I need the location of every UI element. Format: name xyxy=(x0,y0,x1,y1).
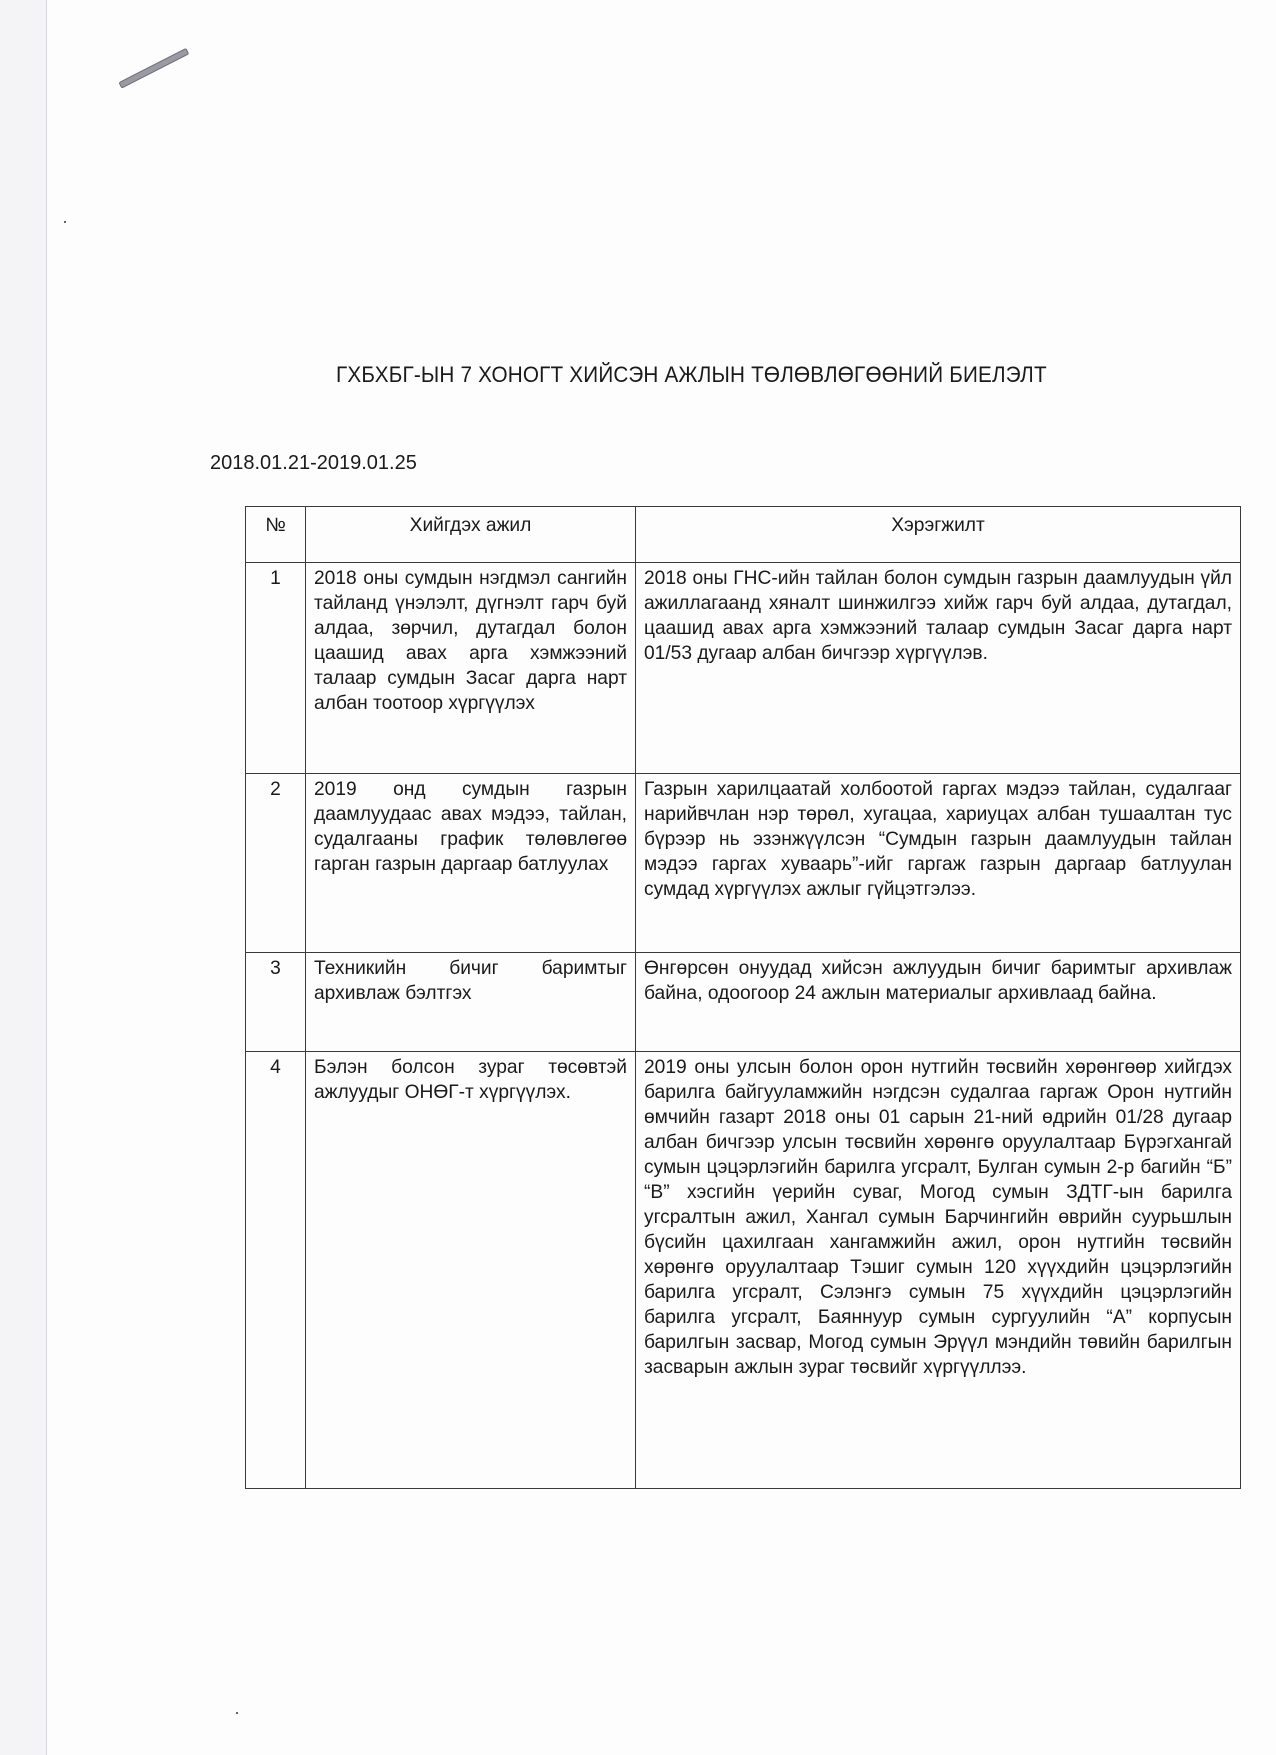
row-result: Газрын харилцаатай холбоотой гаргах мэдэ… xyxy=(636,774,1241,953)
table-header-row: № Хийгдэх ажил Хэрэгжилт xyxy=(246,507,1241,563)
scan-edge xyxy=(0,0,47,1755)
table-row: 1 2018 оны сумдын нэгдмэл сангийн тайлан… xyxy=(246,563,1241,774)
row-task: Техникийн бичиг баримтыг архивлаж бэлтгэ… xyxy=(306,953,636,1052)
row-number: 2 xyxy=(246,774,306,953)
row-result: 2019 оны улсын болон орон нутгийн төсвий… xyxy=(636,1052,1241,1489)
row-number: 1 xyxy=(246,563,306,774)
table-row: 3 Техникийн бичиг баримтыг архивлаж бэлт… xyxy=(246,953,1241,1052)
pen-mark xyxy=(118,48,189,89)
header-result: Хэрэгжилт xyxy=(636,507,1241,563)
header-task: Хийгдэх ажил xyxy=(306,507,636,563)
table-row: 4 Бэлэн болсон зураг төсөвтэй ажлуудыг О… xyxy=(246,1052,1241,1489)
report-period: 2018.01.21-2019.01.25 xyxy=(210,452,417,475)
table-row: 2 2019 онд сумдын газрын даамлуудаас ава… xyxy=(246,774,1241,953)
header-number: № xyxy=(246,507,306,563)
scan-speck xyxy=(64,221,66,223)
row-result: 2018 оны ГНС-ийн тайлан болон сумдын газ… xyxy=(636,563,1241,774)
row-task: Бэлэн болсон зураг төсөвтэй ажлуудыг ОНӨ… xyxy=(306,1052,636,1489)
row-number: 3 xyxy=(246,953,306,1052)
row-number: 4 xyxy=(246,1052,306,1489)
document-title: ГХБХБГ-ЫН 7 ХОНОГТ ХИЙСЭН АЖЛЫН ТӨЛӨВЛӨГ… xyxy=(336,362,1047,388)
scan-speck xyxy=(236,1712,238,1714)
work-plan-table: № Хийгдэх ажил Хэрэгжилт 1 2018 оны сумд… xyxy=(245,506,1241,1489)
row-result: Өнгөрсөн онуудад хийсэн ажлуудын бичиг б… xyxy=(636,953,1241,1052)
row-task: 2019 онд сумдын газрын даамлуудаас авах … xyxy=(306,774,636,953)
row-task: 2018 оны сумдын нэгдмэл сангийн тайланд … xyxy=(306,563,636,774)
